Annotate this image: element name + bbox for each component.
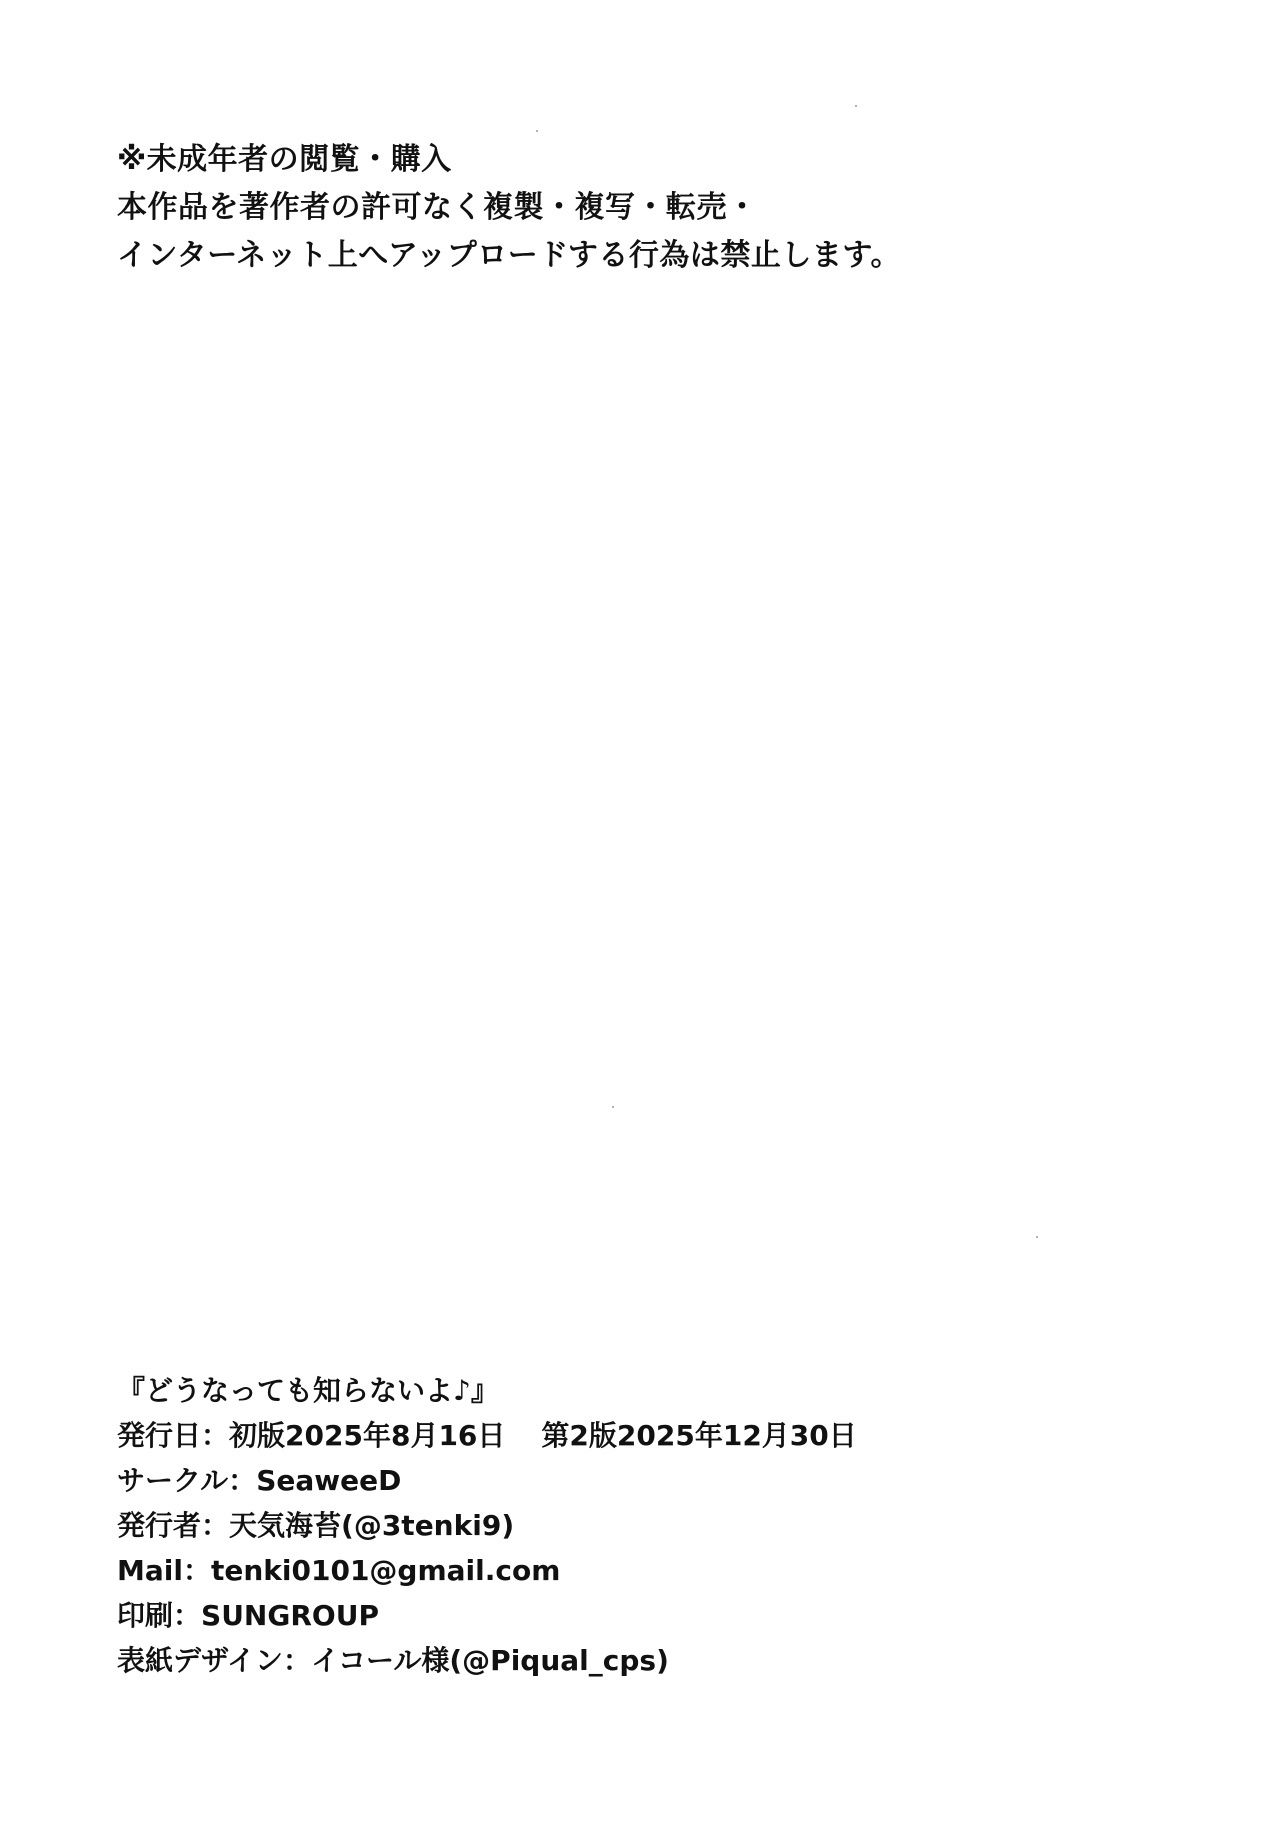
notice-line-upload: インターネット上へアップロードする行為は禁止します。 (117, 232, 901, 280)
separator: ： (173, 1599, 201, 1632)
colophon-block: 『どうなっても知らないよ♪』 発行日：初版2025年8月16日第2版2025年1… (117, 1368, 857, 1683)
printer-name: SUNGROUP (201, 1599, 379, 1632)
second-edition-date: 第2版2025年12月30日 (541, 1419, 856, 1452)
separator: ： (201, 1509, 229, 1542)
cover-design-row: 表紙デザイン：イコール様(@Piqual_cps) (117, 1638, 857, 1683)
mail-address: tenki0101@gmail.com (211, 1554, 560, 1587)
first-edition-date: 初版2025年8月16日 (229, 1419, 505, 1452)
circle-name: SeaweeD (256, 1464, 401, 1497)
colophon-page: ※未成年者の閲覧・購入 本作品を著作者の許可なく複製・複写・転売・ インターネッ… (0, 0, 1280, 1838)
publisher-label: 発行者 (117, 1509, 201, 1542)
book-title: 『どうなっても知らないよ♪』 (117, 1368, 857, 1413)
scan-speck (536, 130, 538, 132)
circle-row: サークル：SeaweeD (117, 1458, 857, 1503)
scan-speck (855, 105, 857, 107)
publish-date-row: 発行日：初版2025年8月16日第2版2025年12月30日 (117, 1413, 857, 1458)
copyright-notice: ※未成年者の閲覧・購入 本作品を著作者の許可なく複製・複写・転売・ インターネッ… (117, 136, 901, 280)
notice-line-minors: ※未成年者の閲覧・購入 (117, 136, 901, 184)
separator: ： (283, 1644, 311, 1677)
notice-line-reproduction: 本作品を著作者の許可なく複製・複写・転売・ (117, 184, 901, 232)
publisher-row: 発行者：天気海苔(@3tenki9) (117, 1503, 857, 1548)
publisher-name: 天気海苔(@3tenki9) (229, 1509, 514, 1542)
cover-designer: イコール様(@Piqual_cps) (311, 1644, 669, 1677)
scan-speck (1036, 1236, 1038, 1238)
printing-row: 印刷：SUNGROUP (117, 1593, 857, 1638)
separator: ： (183, 1554, 211, 1587)
circle-label: サークル (117, 1464, 228, 1497)
separator: ： (228, 1464, 256, 1497)
cover-design-label: 表紙デザイン (117, 1644, 283, 1677)
scan-speck (612, 1106, 614, 1108)
printing-label: 印刷 (117, 1599, 173, 1632)
mail-row: Mail：tenki0101@gmail.com (117, 1548, 857, 1593)
mail-label: Mail (117, 1554, 183, 1587)
separator: ： (201, 1419, 229, 1452)
publish-date-label: 発行日 (117, 1419, 201, 1452)
